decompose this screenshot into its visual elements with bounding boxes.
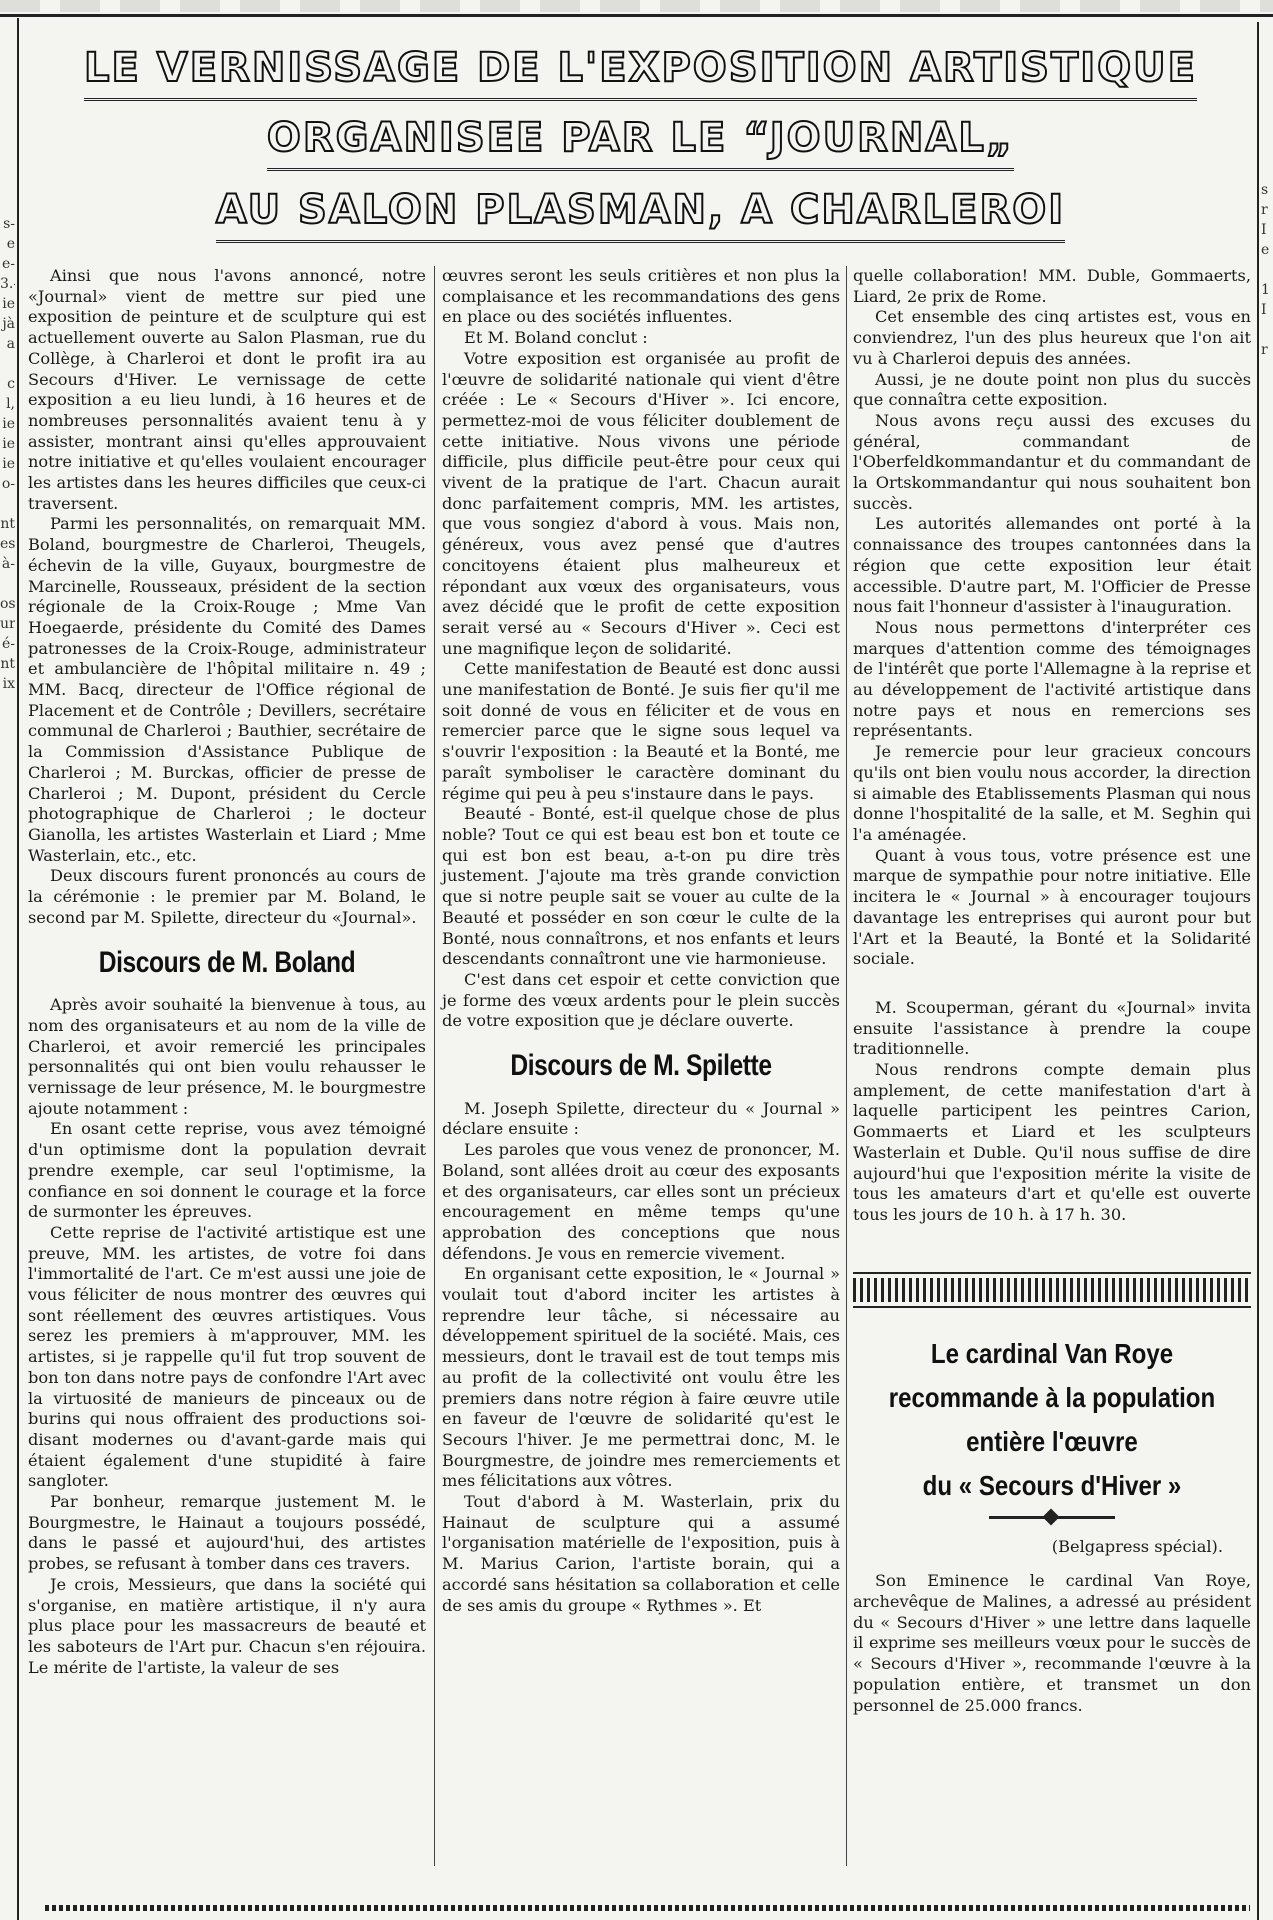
byline: (Belgapress spécial).	[853, 1537, 1223, 1558]
paragraph: Je remercie pour leur gracieux concours …	[853, 742, 1251, 846]
headline-line-1: LE VERNISSAGE DE L'EXPOSITION ARTISTIQUE	[28, 44, 1253, 101]
paragraph: Les paroles que vous venez de prononcer,…	[442, 1140, 840, 1264]
margin-fragment: c	[0, 374, 15, 394]
section-heading-boland: Discours de M. Boland	[64, 953, 390, 974]
paragraph: C'est dans cet espoir et cette convictio…	[442, 970, 840, 1032]
bottom-decorative-rule	[45, 1905, 1250, 1911]
paragraph: Ainsi que nous l'avons annoncé, notre «J…	[28, 266, 426, 514]
margin-fragment: ie	[0, 454, 15, 474]
spacer	[853, 970, 1251, 998]
paragraph: œuvres seront les seuls critières et non…	[442, 266, 840, 328]
paragraph: Nous nous permettons d'interpréter ces m…	[853, 618, 1251, 742]
top-rule	[0, 14, 1273, 17]
paragraph: Parmi les personnalités, on remarquait M…	[28, 514, 426, 866]
column-2: œuvres seront les seuls critières et non…	[442, 266, 840, 1616]
margin-fragment: ix	[0, 674, 15, 694]
paragraph: En osant cette reprise, vous avez témoig…	[28, 1119, 426, 1223]
paragraph: Votre exposition est organisée au profit…	[442, 349, 840, 660]
paragraph: Deux discours furent prononcés au cours …	[28, 866, 426, 928]
margin-fragment: ie	[0, 434, 15, 454]
left-frame-rule	[17, 18, 19, 1920]
margin-fragment: 3.-	[0, 274, 15, 294]
section-heading-spilette: Discours de M. Spilette	[478, 1056, 804, 1077]
paragraph: Par bonheur, remarque justement M. le Bo…	[28, 1492, 426, 1575]
paragraph: Cette reprise de l'activité artistique e…	[28, 1223, 426, 1492]
margin-fragment: I	[1261, 220, 1273, 240]
paragraph: Cette manifestation de Beauté est donc a…	[442, 659, 840, 804]
column-1: Ainsi que nous l'avons annoncé, notre «J…	[28, 266, 426, 1678]
paragraph: Les autorités allemandes ont porté à la …	[853, 514, 1251, 618]
margin-fragment: ie	[0, 294, 15, 314]
margin-fragment	[0, 574, 15, 594]
right-margin-fragments: srIe1Ir	[1261, 180, 1273, 360]
paragraph: Je crois, Messieurs, que dans la société…	[28, 1575, 426, 1679]
headline-line-2: ORGANISEE PAR LE “JOURNAL„	[28, 114, 1253, 171]
margin-fragment: a	[0, 334, 15, 354]
title-line: recommande à la population	[881, 1376, 1223, 1420]
margin-fragment: e-	[0, 254, 15, 274]
paragraph: M. Scouperman, gérant du «Journal» invit…	[853, 998, 1251, 1060]
margin-fragment: e	[0, 234, 15, 254]
title-line: du « Secours d'Hiver »	[881, 1464, 1223, 1508]
margin-fragment: es	[0, 534, 15, 554]
paragraph: M. Joseph Spilette, directeur du « Journ…	[442, 1099, 840, 1140]
margin-fragment: s-	[0, 214, 15, 234]
margin-fragment: l,	[0, 394, 15, 414]
margin-fragment: ie	[0, 414, 15, 434]
margin-fragment: nt	[0, 654, 15, 674]
paragraph: Et M. Boland conclut :	[442, 328, 840, 349]
margin-fragment: à-	[0, 554, 15, 574]
paragraph: Son Eminence le cardinal Van Roye, arche…	[853, 1571, 1251, 1716]
paragraph: Cet ensemble des cinq artistes est, vous…	[853, 307, 1251, 369]
paragraph: Nous rendrons compte demain plus ampleme…	[853, 1060, 1251, 1226]
diamond-ornament-icon	[989, 1516, 1115, 1519]
margin-fragment	[1261, 320, 1273, 340]
headline-text-2: ORGANISEE PAR LE “JOURNAL„	[267, 114, 1014, 171]
column-3: quelle collaboration! MM. Duble, Gommaer…	[853, 266, 1251, 1716]
paragraph: quelle collaboration! MM. Duble, Gommaer…	[853, 266, 1251, 307]
margin-fragment: o-	[0, 474, 15, 494]
headline-text-3: AU SALON PLASMAN, A CHARLEROI	[216, 186, 1065, 243]
margin-fragment: I	[1261, 300, 1273, 320]
decorative-separator	[853, 1272, 1251, 1308]
title-line: entière l'œuvre	[881, 1420, 1223, 1464]
sidebar-article-title: Le cardinal Van Roye recommande à la pop…	[881, 1332, 1223, 1508]
paragraph: Nous avons reçu aussi des excuses du gén…	[853, 411, 1251, 515]
margin-fragment: 1	[1261, 280, 1273, 300]
paragraph: En organisant cette exposition, le « Jou…	[442, 1264, 840, 1492]
margin-fragment: nt	[0, 514, 15, 534]
margin-fragment	[1261, 260, 1273, 280]
column-divider	[846, 266, 847, 1866]
margin-fragment	[0, 354, 15, 374]
left-margin-fragments: s-ee-3.-iejàacl,ieieieo-ntesà-osuré-ntix	[0, 214, 15, 694]
column-divider	[434, 266, 435, 1866]
margin-fragment: e	[1261, 240, 1273, 260]
top-page-strip	[0, 0, 1273, 12]
title-line: Le cardinal Van Roye	[881, 1332, 1223, 1376]
margin-fragment: r	[1261, 200, 1273, 220]
paragraph: Après avoir souhaité la bienvenue à tous…	[28, 995, 426, 1119]
margin-fragment: é-	[0, 634, 15, 654]
headline-line-3: AU SALON PLASMAN, A CHARLEROI	[28, 186, 1253, 243]
paragraph: Tout d'abord à M. Wasterlain, prix du Ha…	[442, 1492, 840, 1616]
margin-fragment: os	[0, 594, 15, 614]
margin-fragment: r	[1261, 340, 1273, 360]
right-frame-rule	[1257, 22, 1259, 1920]
margin-fragment: jà	[0, 314, 15, 334]
margin-fragment: ur	[0, 614, 15, 634]
paragraph: Quant à vous tous, votre présence est un…	[853, 846, 1251, 970]
headline-text-1: LE VERNISSAGE DE L'EXPOSITION ARTISTIQUE	[84, 44, 1197, 101]
paragraph: Aussi, je ne doute point non plus du suc…	[853, 370, 1251, 411]
margin-fragment	[0, 494, 15, 514]
margin-fragment: s	[1261, 180, 1273, 200]
paragraph: Beauté - Bonté, est-il quelque chose de …	[442, 804, 840, 970]
